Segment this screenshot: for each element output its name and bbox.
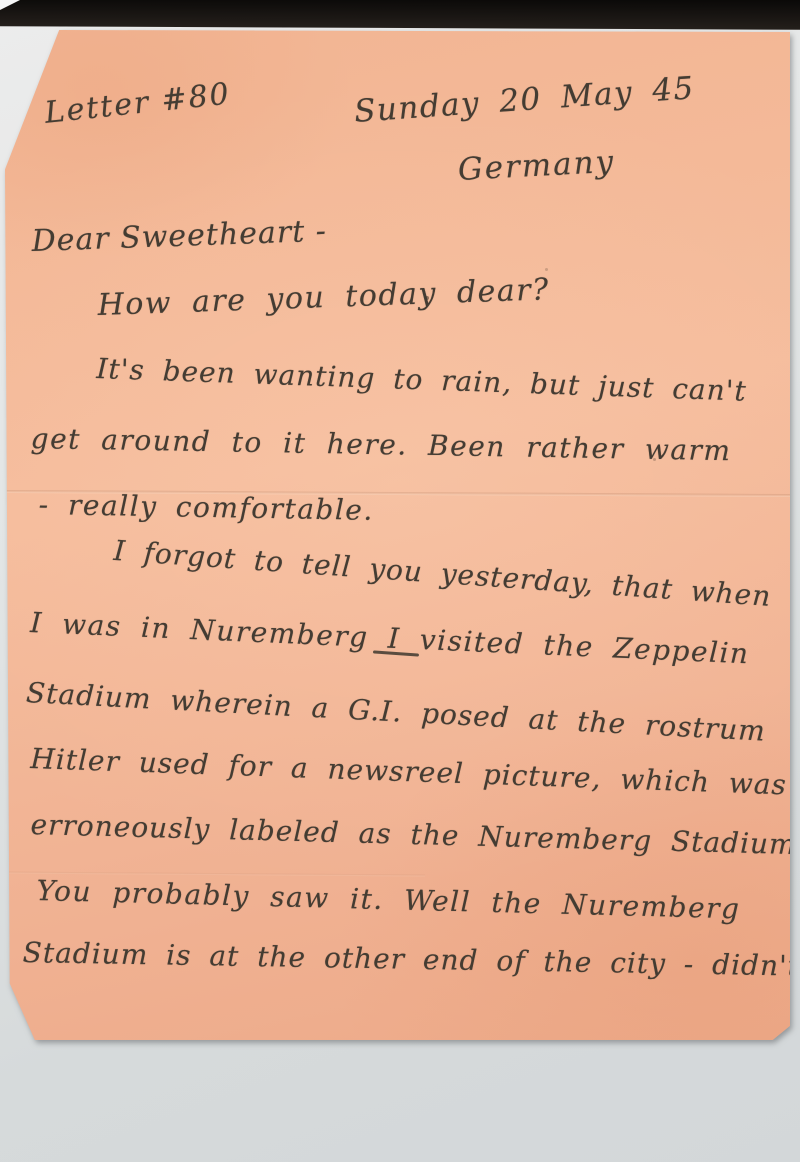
letter-date: Sunday 20 May 45: [353, 70, 696, 130]
letter-number: Letter #80: [43, 76, 232, 130]
scanner-edge-bar: [0, 0, 800, 30]
handwritten-line: - really comfortable.: [38, 488, 374, 527]
letter-paper-wrapper: Letter #80 Sunday 20 May 45 Germany Dear…: [0, 0, 800, 1162]
handwritten-line: Stadium is at the other end of the city …: [22, 936, 800, 983]
handwritten-line: I was in Nuremberg I visited the Zeppeli…: [30, 606, 751, 670]
handwritten-line: get around to it here. Been rather warm: [30, 422, 731, 467]
handwritten-line: Stadium wherein a G.I. posed at the rost…: [25, 676, 766, 748]
paper-speck: [545, 268, 548, 271]
handwritten-line: How are you today dear?: [97, 272, 550, 323]
handwritten-line: It's been wanting to rain, but just can'…: [96, 352, 747, 408]
scanned-letter-page: Letter #80 Sunday 20 May 45 Germany Dear…: [0, 0, 800, 1162]
handwritten-line: You probably saw it. Well the Nuremberg: [36, 874, 741, 925]
salutation: Dear Sweetheart -: [31, 214, 327, 259]
handwritten-line: erroneously labeled as the Nuremberg Sta…: [30, 808, 800, 861]
handwritten-line: I forgot to tell you yesterday, that whe…: [113, 534, 773, 613]
handwritten-line: Hitler used for a newsreel picture, whic…: [30, 742, 788, 801]
letter-paper: Letter #80 Sunday 20 May 45 Germany Dear…: [5, 30, 790, 1040]
letter-place: Germany: [457, 144, 616, 188]
